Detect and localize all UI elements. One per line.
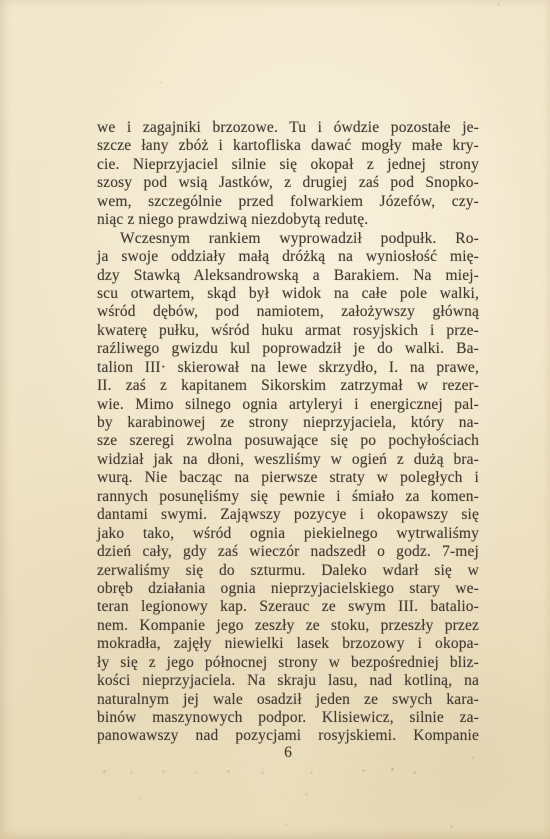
text-line-33: binów maszynowych podpor. Klisiewicz, si… (97, 709, 479, 727)
text-line-25: zerwaliśmy się do szturmu. Daleko wdarł … (97, 562, 479, 580)
text-line-24: dzień cały, gdy zaś wieczór nadszedł o g… (97, 543, 479, 561)
text-line-20: wurą. Nie bacząc na pierwsze straty w po… (97, 469, 479, 487)
text-line-31: kości nieprzyjaciela. Na skraju lasu, na… (97, 672, 479, 690)
text-line-13: raźliwego gwizdu kul poprowadził je do w… (97, 340, 479, 358)
text-line-17: by karabinowej ze strony nieprzyjaciela,… (97, 414, 479, 432)
text-line-7: Wczesnym rankiem wyprowadził podpułk. Ro… (97, 230, 479, 248)
text-line-30: ły się z jego północnej strony w bezpośr… (97, 654, 479, 672)
text-line-19: widział jak na dłoni, weszliśmy w ogień … (97, 451, 479, 469)
text-line-3: cie. Nieprzyjaciel silnie się okopał z j… (97, 156, 479, 174)
text-line-22: dantami swymi. Zająwszy pozycye i okopaw… (97, 506, 479, 524)
text-line-15: II. zaś z kapitanem Sikorskim zatrzymał … (97, 377, 479, 395)
text-line-26: obręb działania ognia nieprzyjacielskieg… (97, 580, 479, 598)
text-line-23: jako tako, wśród ognia piekielnego wytrw… (97, 525, 479, 543)
page-number: 6 (97, 744, 479, 762)
text-line-5: wem, szczególnie przed folwarkiem Józefó… (97, 193, 479, 211)
text-line-28: nem. Kompanie jego zeszły ze stoku, prze… (97, 617, 479, 635)
text-line-1: we i zagajniki brzozowe. Tu i ówdzie poz… (97, 119, 479, 137)
text-line-14: talion III· skierował na lewe skrzydło, … (97, 359, 479, 377)
text-line-9: dzy Stawką Aleksandrowską a Barakiem. Na… (97, 267, 479, 285)
text-line-16: wie. Mimo silnego ognia artyleryi i ener… (97, 396, 479, 414)
text-line-27: teran legionowy kap. Szerauc ze swym III… (97, 598, 479, 616)
text-line-2: szcze łany zbóż i kartofliska dawać mogł… (97, 137, 479, 155)
text-line-29: mokradła, zajęły niewielki lasek brzozow… (97, 635, 479, 653)
text-line-32: naturalnym jej wale osadził jeden ze swy… (97, 691, 479, 709)
text-line-4: szosy pod wsią Jastków, z drugiej zaś po… (97, 174, 479, 192)
text-line-21: rannych posunęliśmy się pewnie i śmiało … (97, 488, 479, 506)
text-line-18: sze szeregi zwolna posuwające się po poc… (97, 432, 479, 450)
page-text-block: we i zagajniki brzozowe. Tu i ówdzie poz… (97, 119, 479, 746)
text-line-12: kwaterę pułku, wśród huku armat rosyjski… (97, 322, 479, 340)
text-line-11: wśród dębów, pod namiotem, założywszy gł… (97, 303, 479, 321)
book-page: we i zagajniki brzozowe. Tu i ówdzie poz… (0, 0, 550, 839)
text-line-10: scu otwartem, skąd był widok na całe pol… (97, 285, 479, 303)
show-through-speckles (0, 0, 1, 1)
text-line-8: ja swoje oddziały małą dróżką na wyniosł… (97, 248, 479, 266)
text-line-6: niąc z niego prawdziwą niezdobytą redutę… (97, 211, 479, 229)
